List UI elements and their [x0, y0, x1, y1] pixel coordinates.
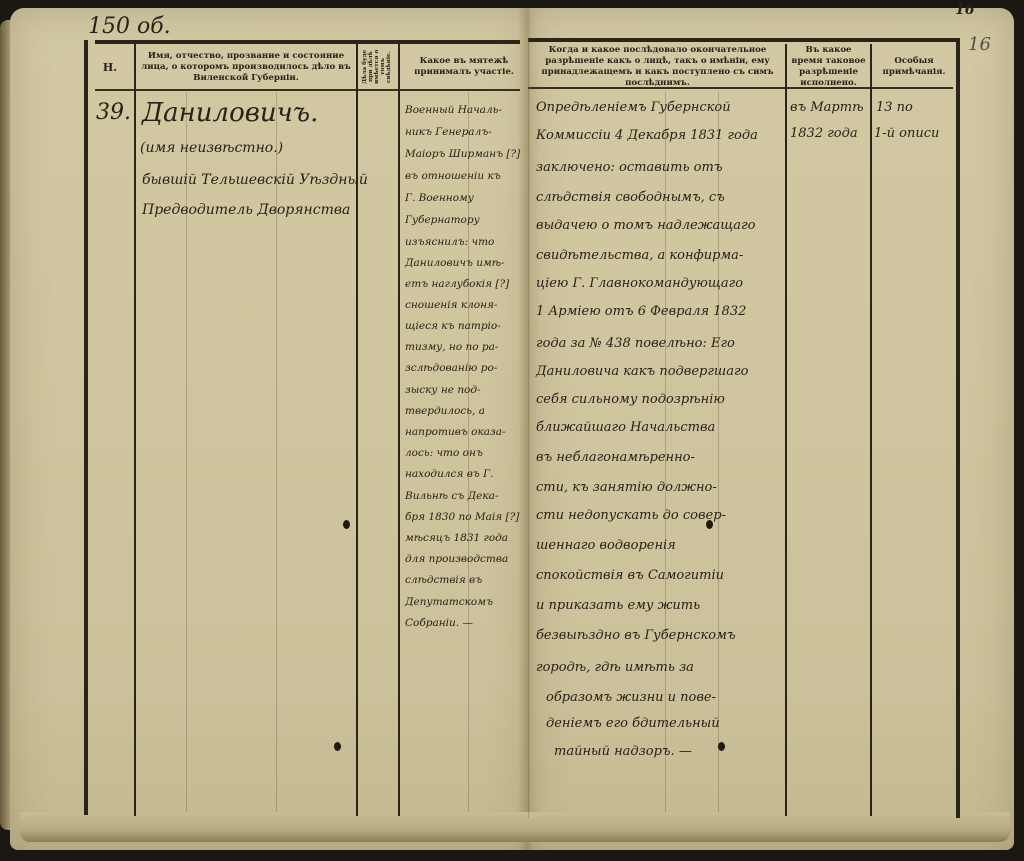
resolution-line: въ неблагонамѣренно-	[536, 450, 695, 465]
entry-name-line-2: (имя неизвѣстно.)	[140, 140, 283, 156]
resolution-line: себя сильному подозрѣнію	[536, 392, 725, 407]
rule-pending-participation	[398, 44, 400, 816]
header-col-notes: Особыя примѣчанія.	[872, 44, 956, 90]
participation-line: въ отношеніи къ	[405, 170, 501, 182]
rule-name-pending	[356, 44, 358, 816]
notes-line-2: 1-й описи	[874, 126, 939, 141]
resolution-line: выдачею о томъ надлежащаго	[536, 218, 755, 233]
resolution-line: заключено: оставить отъ	[536, 160, 723, 175]
notes-line-1: 13 по	[876, 100, 913, 115]
rule-spine-left	[528, 38, 529, 818]
resolution-line: шеннаго водворенія	[536, 538, 676, 553]
book-edge-bottom	[20, 812, 1010, 842]
participation-line: Собраніи. —	[405, 617, 473, 629]
header-col-number: Н.	[86, 44, 134, 90]
rule-faint-2	[276, 92, 277, 812]
resolution-line: деніемъ его бдительный	[546, 716, 720, 731]
rule-resolution-executed	[785, 44, 787, 816]
participation-line: Депутатскомъ	[405, 596, 493, 608]
participation-line: тизму, но по ра-	[405, 341, 498, 353]
resolution-line: ближайшаго Начальства	[536, 420, 715, 435]
ledger-spread: 150 об. 16 16 Н. Имя, отчество, прозвани…	[0, 0, 1024, 861]
resolution-line: Коммиссіи 4 Декабря 1831 года	[536, 128, 758, 143]
rule-executed-notes	[870, 44, 872, 816]
participation-line: зыску не под-	[405, 384, 481, 396]
resolution-line: спокойствія въ Самогитіи	[536, 568, 724, 583]
header-col-executed-when: Въ какое время таковое разрѣшеніе исполн…	[787, 44, 870, 90]
participation-line: лось: что онъ	[405, 447, 483, 459]
resolution-line: 1 Арміею отъ 6 Февраля 1832	[536, 304, 746, 319]
participation-line: Военный Началь-	[405, 104, 502, 116]
participation-line: зслѣдованію ро-	[405, 362, 497, 374]
executed-line-2: 1832 года	[790, 126, 858, 141]
resolution-line: ціею Г. Главнокомандующаго	[536, 276, 743, 291]
resolution-line: и приказать ему жить	[536, 598, 700, 613]
resolution-line: Даниловича какъ подвергшаго	[536, 364, 748, 379]
participation-line: слѣдствія въ	[405, 574, 482, 586]
participation-line: щіеся къ патріо-	[405, 320, 501, 332]
participation-line: Даниловичъ имѣ-	[405, 257, 505, 269]
participation-line: Г. Военному	[405, 192, 474, 204]
participation-line: находился въ Г.	[405, 468, 493, 480]
rule-num-name	[134, 44, 136, 816]
page-number-right-corner: 16	[955, 2, 974, 18]
binding-hole	[334, 742, 341, 751]
participation-line: никъ Генералъ-	[405, 126, 492, 138]
rule-faint-1	[186, 92, 187, 812]
resolution-line: свидѣтельства, а конфирма-	[536, 248, 743, 263]
page-number-left: 150 об.	[88, 14, 171, 39]
entry-name-line-3: бывшій Тельшевскій Уѣздный	[142, 172, 368, 188]
resolution-line: сти, къ занятію должно-	[536, 480, 717, 495]
entry-name-line-4: Предводитель Дворянства	[142, 202, 350, 218]
rule-left-border	[84, 40, 88, 815]
participation-line: Маіоръ Ширманъ [?]	[405, 148, 520, 160]
header-col-name: Имя, отчество, прозвание и состояние лиц…	[136, 44, 356, 90]
participation-line: бря 1830 по Маія [?]	[405, 511, 519, 523]
resolution-line: тайный надзоръ. —	[554, 744, 692, 759]
participation-line: сношенія клоня-	[405, 299, 498, 311]
resolution-line: безвыѣздно въ Губернскомъ	[536, 628, 736, 643]
rule-right-border	[956, 38, 960, 818]
participation-line: Губернатору	[405, 214, 480, 226]
binding-hole	[706, 520, 713, 529]
entry-number: 39.	[96, 100, 131, 125]
participation-line: изъяснилъ: что	[405, 236, 494, 248]
resolution-line: сти недопускать до совер-	[536, 508, 726, 523]
participation-line: напротивъ оказа-	[405, 426, 506, 438]
participation-line: етъ наглубокія [?]	[405, 278, 509, 290]
participation-line: твердилось, а	[405, 405, 485, 417]
resolution-line: года за № 438 повелѣно: Его	[536, 336, 735, 351]
header-top-rule-right	[528, 38, 960, 42]
binding-hole	[343, 520, 350, 529]
executed-line-1: въ Мартѣ	[790, 100, 864, 115]
header-col-resolution: Когда и какое послѣдовало окончательное …	[530, 44, 785, 90]
entry-name-line-1: Даниловичъ.	[142, 98, 318, 128]
header-col-case-pending-label: Дѣла буде при дѣлѣ имѣется о томъ свѣдѣн…	[362, 45, 392, 89]
header-col-participation: Какое въ мятежѣ принималъ участіе.	[400, 44, 528, 90]
resolution-line: слѣдствія свободнымъ, съ	[536, 190, 725, 205]
resolution-line: городѣ, гдѣ имѣть за	[536, 660, 694, 675]
participation-line: мѣсяцъ 1831 года	[405, 532, 508, 544]
participation-line: Вильнѣ съ Дека-	[405, 490, 498, 502]
resolution-line: образомъ жизни и пове-	[546, 690, 716, 705]
page-number-right-margin: 16	[968, 34, 991, 55]
header-col-case-pending: Дѣла буде при дѣлѣ имѣется о томъ свѣдѣн…	[360, 44, 394, 90]
participation-line: для производства	[405, 553, 508, 565]
resolution-line: Опредѣленіемъ Губернской	[536, 100, 731, 115]
binding-hole	[718, 742, 725, 751]
